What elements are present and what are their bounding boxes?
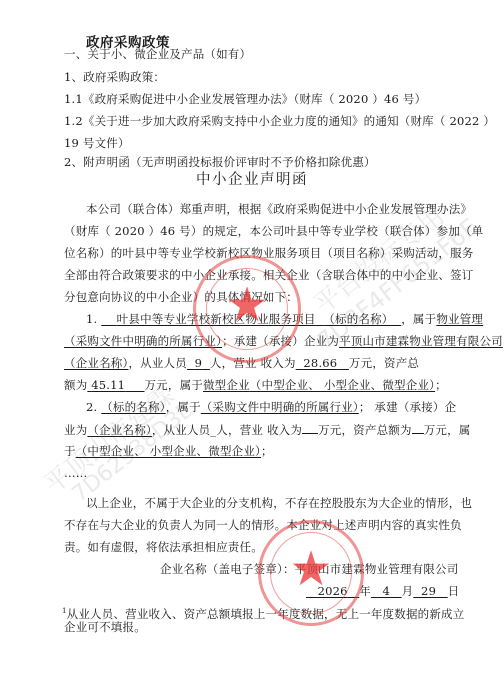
entry1-target-label: （标的名称） bbox=[323, 312, 393, 326]
declaration-para1-line2: （财库（ 2020 ）46 号）的规定，本公司叶县中等专业学校（联合体）参加（单 bbox=[64, 224, 483, 238]
entry2-line3: 于（中型企业、 小型企业、微型企业）； bbox=[64, 444, 273, 458]
declaration-para1-line4: 全部由符合政策要求的中小企业承接。相关企业（含联合体中的中小企业、签订 bbox=[64, 268, 474, 282]
footnote-text-1: 从业人员、营业收入、资产总额填报上一年度数据，无上一年度数据的新成立 bbox=[67, 607, 465, 621]
entry2-type-options: （中型企业、 小型企业、微型企业） bbox=[76, 444, 261, 458]
entry2-contractor-prefix: ； 承建（承接）企 bbox=[359, 400, 456, 414]
entry2-line2: 业为（企业名称），从业人员_人，营业 收入为万元，资产总额为万元，属 bbox=[64, 422, 471, 437]
entry1-staff-value: 9 bbox=[195, 356, 203, 370]
entry2-line1: 2. （标的名称），属于（采购文件中明确的所属行业）； 承建（承接）企 bbox=[86, 400, 456, 414]
policy-item-2: 2、附声明函（无声明函投标报价评审时不予价格扣除优惠） bbox=[64, 155, 376, 169]
policy-item-1-2: 1.2《关于进一步加大政府采购支持中小企业力度的通知》的通知（财库（ 2022 … bbox=[64, 114, 495, 128]
ellipsis: …… bbox=[64, 466, 87, 480]
watermark-bottom-left: 平顶山市建霖 bbox=[35, 376, 181, 501]
entry2-end: ； bbox=[261, 444, 273, 458]
date-month-value: 4 bbox=[383, 584, 391, 598]
entry1-company: 平顶山市建霖物业管理有限公司 bbox=[339, 334, 503, 348]
declaration-para2-line2: 不存在与大企业的负责人为同一人的情形。本企业对上述声明内容的真实性负 bbox=[64, 518, 462, 532]
entry2-revenue-blank bbox=[302, 422, 318, 434]
date-year: 2026 bbox=[306, 584, 359, 598]
date-day: 29 bbox=[413, 584, 447, 598]
entry1-assets-prefix: 额为 bbox=[64, 378, 87, 392]
signature-company: 平顶山市建霖物业管理有限公司 bbox=[295, 562, 459, 576]
declaration-title: 中小企业声明函 bbox=[0, 168, 504, 189]
entry1-staff: 9 bbox=[187, 356, 210, 370]
entry1-revenue: 28.66 bbox=[296, 356, 349, 370]
declaration-para1-line5: 分包意向协议的中小企业）的具体情况如下： bbox=[64, 290, 298, 304]
entry1-type-value: 微型企业 bbox=[203, 378, 250, 392]
signature-label: 企业名称（盖电子签章）： bbox=[160, 562, 295, 576]
entry1-line2: （采购文件中明确的所属行业）；承建（承接）企业为平顶山市建霖物业管理有限公司 bbox=[64, 334, 503, 348]
footnote-line1: 1从业人员、营业收入、资产总额填报上一年度数据，无上一年度数据的新成立 bbox=[62, 604, 464, 621]
entry1-assets: 45.11 bbox=[87, 378, 144, 392]
entry1-line3: （企业名称），从业人员 9 人，营业 收入为 28.66 万元，资产总 bbox=[64, 356, 419, 370]
signature-line: 企业名称（盖电子签章）：平顶山市建霖物业管理有限公司 bbox=[160, 562, 458, 576]
policy-item-1: 1、政府采购政策： bbox=[64, 70, 165, 84]
entry1-type-options: （中型企业、 小型企业、微型企业） bbox=[250, 378, 435, 392]
entry1-line4: 额为 45.11 万元，属于微型企业（中型企业、 小型企业、微型企业）； bbox=[64, 378, 447, 392]
footnote-line2: 企业可不填报。 bbox=[64, 620, 146, 634]
entry1-industry-label: （采购文件中明确的所属行业） bbox=[64, 334, 222, 348]
declaration-para2-line3: 责。如有虚假，将依法承担相应责任。 bbox=[64, 540, 263, 554]
entry1-revenue-unit: 万元，资产总 bbox=[349, 356, 419, 370]
date-month-label: 月 bbox=[402, 584, 414, 598]
date-year-value: 2026 bbox=[318, 584, 348, 598]
policy-item-1-1: 1.1《政府采购促进中小企业发展管理办法》（财库（ 2020 ）46 号） bbox=[64, 92, 426, 106]
entry1-belongs: ，属于 bbox=[401, 312, 436, 326]
entry1-target: 叶县中等专业学校新校区物业服务项目 （标的名称） bbox=[101, 312, 401, 326]
entry2-number: 2. bbox=[86, 400, 97, 414]
entry1-assets-unit: 万元，属于 bbox=[144, 378, 203, 392]
declaration-para1-line1: 本公司（联合体）郑重声明，根据《政府采购促进中小企业发展管理办法》 bbox=[86, 202, 472, 216]
declaration-para1-line3: 位名称）的叶县中等专业学校新校区物业服务项目（项目名称）采购活动，服务 bbox=[64, 246, 474, 260]
entry1-staff-unit: 人，营业 收入为 bbox=[210, 356, 296, 370]
date-day-value: 29 bbox=[421, 584, 436, 598]
entry1-number: 1. bbox=[86, 312, 97, 326]
entry1-staff-prefix: ，从业人员 bbox=[128, 356, 187, 370]
entry1-assets-value: 45.11 bbox=[91, 378, 125, 392]
date-line: 2026 年 4 月 29 日 bbox=[306, 584, 459, 598]
policy-section-1: 一、关于小、微企业及产品（如有） bbox=[64, 47, 251, 61]
entry1-target-name: 叶县中等专业学校新校区物业服务项目 bbox=[117, 312, 316, 326]
entry1-line1: 1. 叶县中等专业学校新校区物业服务项目 （标的名称） ，属于物业管理 bbox=[86, 312, 483, 326]
entry1-end: ； bbox=[435, 378, 447, 392]
document-page: 平台投标专用 7D8F4FF651F6E 平顶山市建霖 7D62938D3E 政… bbox=[0, 0, 504, 682]
entry2-staff-text: ，从业人员_人，营业 收入为 bbox=[152, 423, 302, 437]
entry2-contractor-prefix2: 业为 bbox=[64, 423, 87, 437]
entry2-belongs: ，属于 bbox=[166, 400, 201, 414]
entry2-company-label: （企业名称） bbox=[87, 423, 151, 437]
date-day-label: 日 bbox=[448, 584, 460, 598]
entry2-assets-blank bbox=[412, 422, 424, 434]
declaration-para2-line1: 以上企业，不属于大企业的分支机构，不存在控股股东为大企业的情形，也 bbox=[86, 496, 472, 510]
entry1-industry: 物业管理 bbox=[436, 312, 483, 326]
date-year-label: 年 bbox=[359, 584, 371, 598]
entry1-type: 微型企业（中型企业、 小型企业、微型企业） bbox=[203, 378, 435, 392]
entry2-target-label: （标的名称） bbox=[101, 400, 165, 414]
entry1-company-label: （企业名称） bbox=[64, 356, 128, 370]
policy-item-1-2-cont: 19 号文件） bbox=[64, 136, 130, 150]
entry2-type-prefix: 于 bbox=[64, 444, 76, 458]
entry1-contractor-prefix: ；承建（承接）企业为 bbox=[222, 334, 339, 348]
entry2-revenue-unit: 万元，资产总额为 bbox=[318, 423, 412, 437]
entry2-assets-unit: 万元，属 bbox=[424, 423, 471, 437]
date-month: 4 bbox=[371, 584, 402, 598]
entry2-industry-label: （采购文件中明确的所属行业） bbox=[201, 400, 359, 414]
entry1-revenue-value: 28.66 bbox=[303, 356, 337, 370]
